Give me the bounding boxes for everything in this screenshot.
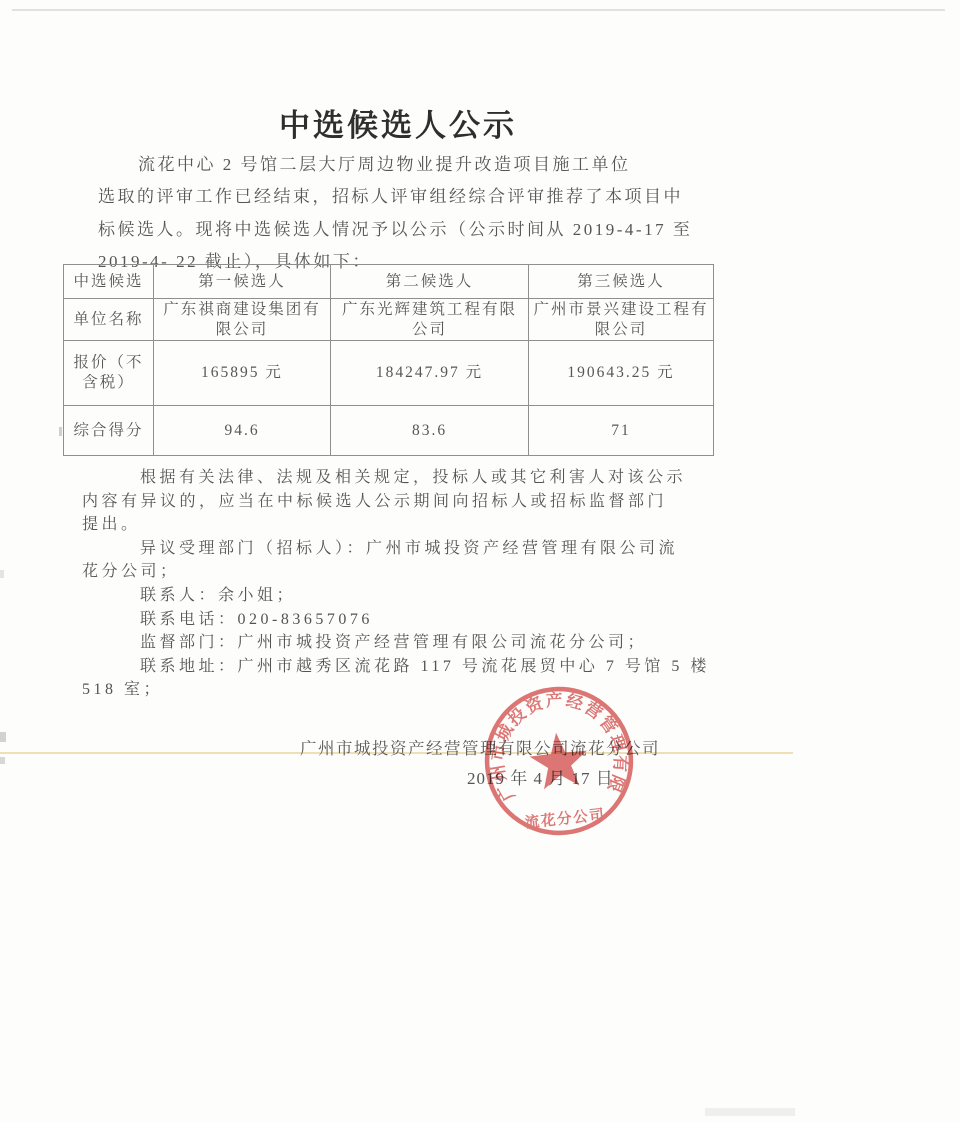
supervision-dept-line: 监督部门：广州市城投资产经营管理有限公司流花分公司； bbox=[82, 631, 710, 655]
scan-speck bbox=[0, 570, 4, 578]
company-cell: 广东祺商建设集团有限公司 bbox=[154, 299, 331, 341]
score-cell: 71 bbox=[529, 406, 714, 456]
notice-line: 提出。 bbox=[82, 513, 710, 537]
scan-artifact-top-line bbox=[12, 9, 945, 11]
document-title: 中选候选人公示 bbox=[0, 100, 796, 145]
table-row: 综合得分 94.6 83.6 71 bbox=[64, 406, 714, 456]
company-cell: 广东光辉建筑工程有限公司 bbox=[331, 299, 529, 341]
score-cell: 83.6 bbox=[331, 406, 529, 456]
scan-speck bbox=[59, 427, 62, 436]
notice-line: 内容有异议的，应当在中标候选人公示期间向招标人或招标监督部门 bbox=[82, 490, 710, 514]
objection-line: 花分公司； bbox=[82, 560, 710, 584]
scan-speck bbox=[0, 732, 6, 742]
body-paragraphs: 根据有关法律、法规及相关规定，投标人或其它利害人对该公示 内容有异议的，应当在中… bbox=[82, 466, 710, 702]
seal-star-icon bbox=[527, 730, 590, 791]
price-cell: 190643.25 元 bbox=[529, 341, 714, 406]
table-row: 单位名称 广东祺商建设集团有限公司 广东光辉建筑工程有限公司 广州市景兴建设工程… bbox=[64, 299, 714, 341]
candidates-table: 中选候选 第一候选人 第二候选人 第三候选人 单位名称 广东祺商建设集团有限公司… bbox=[63, 264, 714, 456]
table-header-row: 中选候选 第一候选人 第二候选人 第三候选人 bbox=[64, 265, 714, 299]
row-label: 单位名称 bbox=[64, 299, 154, 341]
official-seal: 广州市城投资产经营管理有限公司 流花分公司 bbox=[472, 674, 646, 848]
document-page: 中选候选人公示 流花中心 2 号馆二层大厅周边物业提升改造项目施工单位 选取的评… bbox=[0, 0, 960, 1122]
price-cell: 165895 元 bbox=[154, 341, 331, 406]
header-cell: 第二候选人 bbox=[331, 265, 529, 299]
intro-line: 标候选人。现将中选候选人情况予以公示（公示时间从 2019-4-17 至 bbox=[98, 214, 692, 246]
header-cell: 第一候选人 bbox=[154, 265, 331, 299]
scan-smudge bbox=[705, 1108, 795, 1116]
contact-person-line: 联系人：余小姐； bbox=[82, 584, 710, 608]
objection-line: 异议受理部门（招标人）：广州市城投资产经营管理有限公司流 bbox=[82, 537, 710, 561]
intro-paragraph: 流花中心 2 号馆二层大厅周边物业提升改造项目施工单位 选取的评审工作已经结束，… bbox=[98, 149, 692, 279]
intro-line: 选取的评审工作已经结束，招标人评审组经综合评审推荐了本项目中 bbox=[98, 181, 692, 213]
price-cell: 184247.97 元 bbox=[331, 341, 529, 406]
header-cell: 第三候选人 bbox=[529, 265, 714, 299]
row-label: 综合得分 bbox=[64, 406, 154, 456]
intro-line: 流花中心 2 号馆二层大厅周边物业提升改造项目施工单位 bbox=[98, 149, 692, 181]
contact-phone-line: 联系电话：020-83657076 bbox=[82, 608, 710, 632]
table-row: 报价（不含税） 165895 元 184247.97 元 190643.25 元 bbox=[64, 341, 714, 406]
notice-line: 根据有关法律、法规及相关规定，投标人或其它利害人对该公示 bbox=[82, 466, 710, 490]
scan-speck bbox=[0, 757, 5, 764]
seal-bottom-text: 流花分公司 bbox=[524, 805, 606, 831]
company-cell: 广州市景兴建设工程有限公司 bbox=[529, 299, 714, 341]
score-cell: 94.6 bbox=[154, 406, 331, 456]
header-cell: 中选候选 bbox=[64, 265, 154, 299]
row-label: 报价（不含税） bbox=[64, 341, 154, 406]
